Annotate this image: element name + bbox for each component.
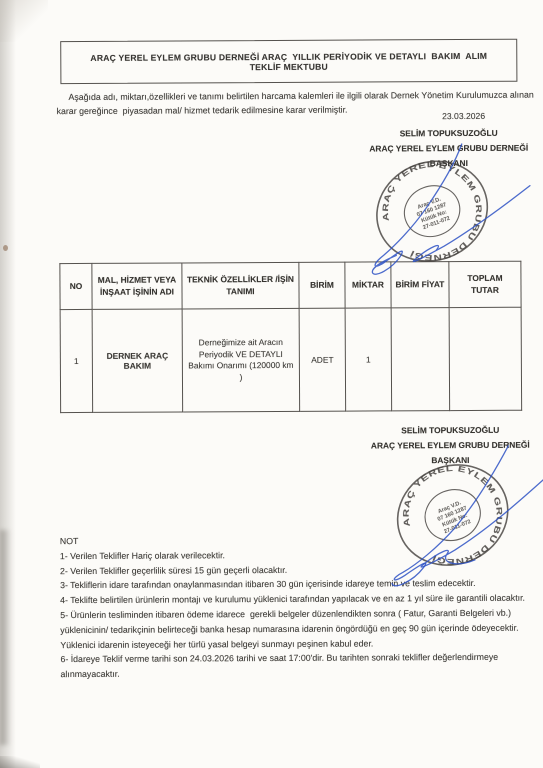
header-unit-price: BİRİM FİYAT <box>391 262 449 308</box>
document-title: ARAÇ YEREL EYLEM GRUBU DERNEĞİ ARAÇ YILL… <box>61 50 516 72</box>
header-quantity: MİKTAR <box>345 262 391 308</box>
note-item-6: 6- İdareye Teklif verme tarihi son 24.03… <box>60 650 539 682</box>
signer-organization: ARAÇ YEREL EYLEM GRUBU DERNEĞİ <box>345 437 543 453</box>
cell-total <box>449 307 522 410</box>
round-stamp-icon: ARAÇ YEREL EYLEM GRUBU DERNEĞİ Araç V.D.… <box>390 460 516 571</box>
association-stamp-bottom: ARAÇ YEREL EYLEM GRUBU DERNEĞİ Araç V.D.… <box>390 460 516 571</box>
paper-speck <box>3 245 8 251</box>
document-date: 23.03.2026 <box>399 111 529 122</box>
table-header-row: NO MAL, HİZMET VEYA İNŞAAT İŞİNİN ADI TE… <box>60 261 521 309</box>
header-no: NO <box>60 263 92 309</box>
signer-name: SELİM TOPUKSUZOĞLU <box>345 423 543 439</box>
cell-no: 1 <box>60 309 93 412</box>
table-row: 1 DERNEK ARAÇ BAKIM Derneğimize ait Arac… <box>60 307 522 412</box>
round-stamp-icon: ARAÇ YEREL EYLEM GRUBU DERNEĞİ Araç V.D.… <box>370 156 496 267</box>
cell-unit-price <box>391 308 450 411</box>
header-item-name: MAL, HİZMET VEYA İNŞAAT İŞİNİN ADI <box>92 263 182 309</box>
scanned-document-page: ARAÇ YEREL EYLEM GRUBU DERNEĞİ ARAÇ YILL… <box>0 0 543 768</box>
cell-spec: Derneğimize ait Aracın Periyodik VE DETA… <box>182 308 300 412</box>
header-unit: BİRİM <box>299 262 345 308</box>
header-total: TOPLAM TUTAR <box>449 261 521 307</box>
association-stamp-top: ARAÇ YEREL EYLEM GRUBU DERNEĞİ Araç V.D.… <box>370 156 496 267</box>
signer-organization: ARAÇ YEREL EYLEM GRUBU DERNEĞİ <box>344 140 543 156</box>
offer-items-table: NO MAL, HİZMET VEYA İNŞAAT İŞİNİN ADI TE… <box>59 261 522 413</box>
document-title-box: ARAÇ YEREL EYLEM GRUBU DERNEĞİ ARAÇ YILL… <box>60 39 517 84</box>
header-spec: TEKNİK ÖZELLİKLER /İŞİN TANIMI <box>182 262 299 309</box>
cell-item-name: DERNEK ARAÇ BAKIM <box>92 309 183 412</box>
note-item-5: 5- Ürünlerin tesliminden itibaren ödeme … <box>60 606 539 653</box>
cell-quantity: 1 <box>345 308 392 411</box>
signer-name: SELİM TOPUKSUZOĞLU <box>344 126 543 142</box>
cell-unit: ADET <box>299 308 346 411</box>
